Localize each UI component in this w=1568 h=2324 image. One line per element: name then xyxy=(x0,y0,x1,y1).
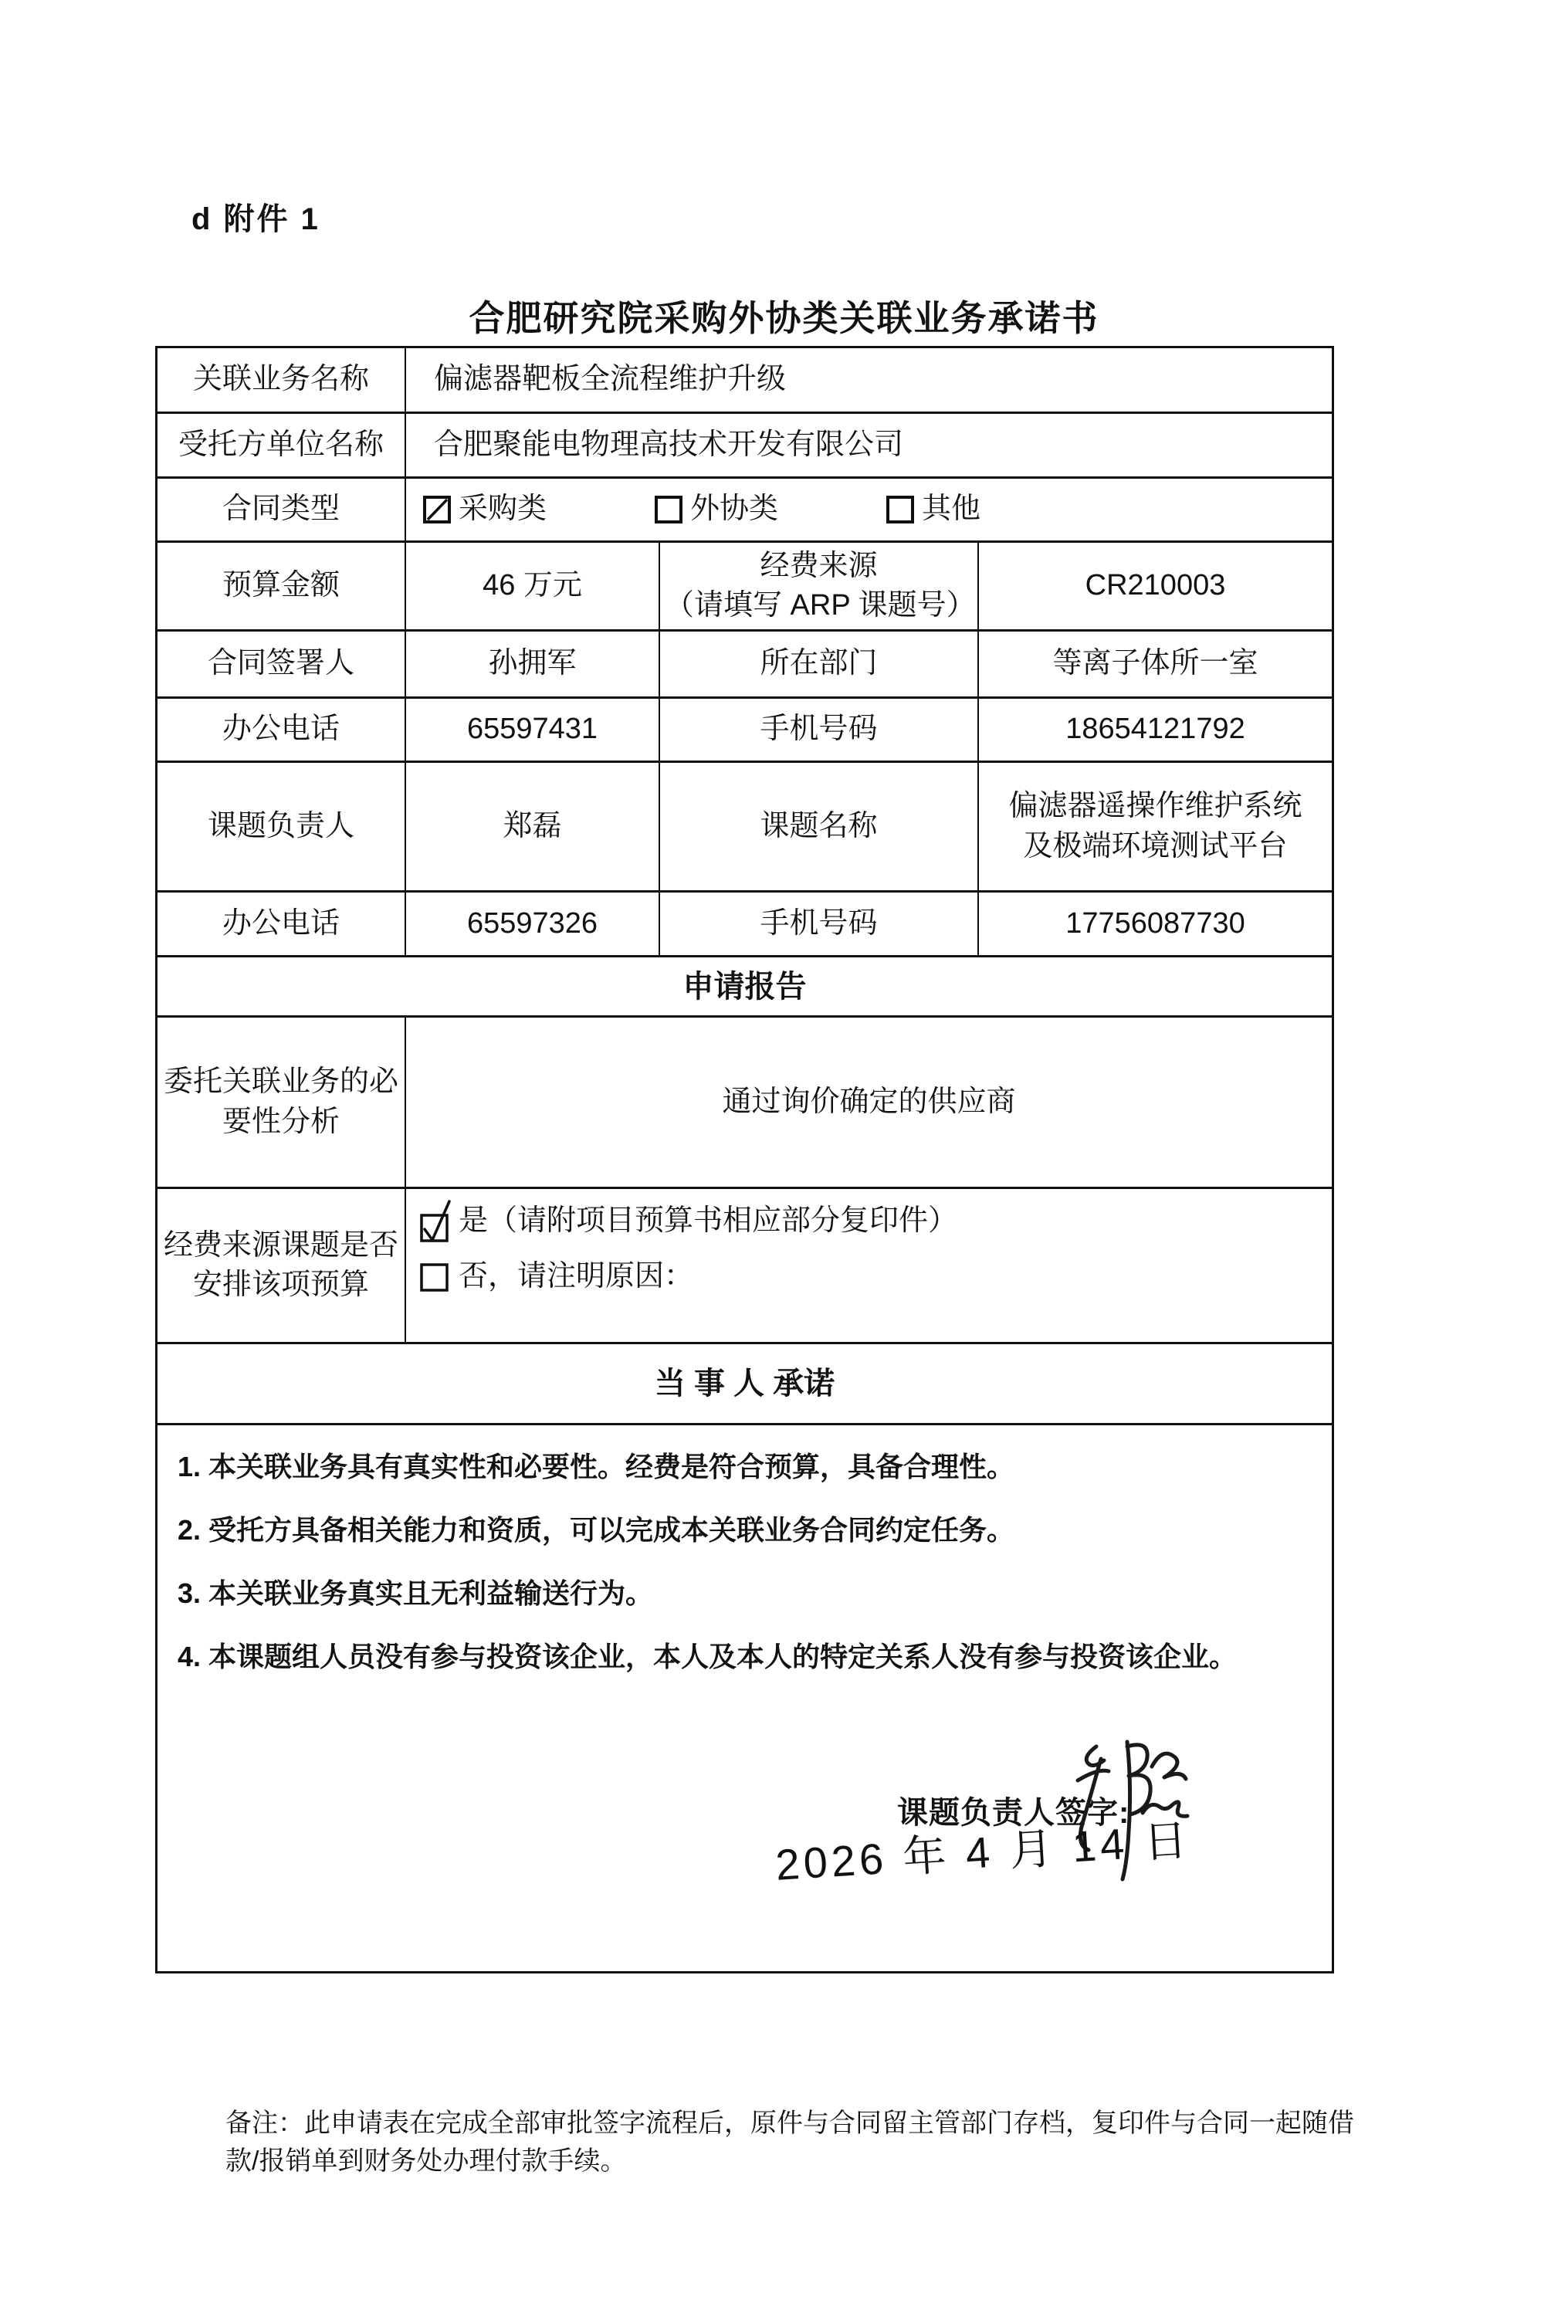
document-page: d 附件 1 合肥研究院采购外协类关联业务承诺书 关联业务名称 偏滤器靶板全流程… xyxy=(0,0,1568,2324)
row-necessity: 委托关联业务的必要性分析 通过询价确定的供应商 xyxy=(157,1018,1332,1189)
option-outsource: 外协类 xyxy=(653,490,778,529)
mobile-1-value: 18654121792 xyxy=(979,699,1332,761)
budget-label: 预算金额 xyxy=(157,543,406,629)
signer-value: 孙拥军 xyxy=(406,632,660,696)
office-phone-1-value: 65597431 xyxy=(406,699,660,761)
option-purchase: 采购类 xyxy=(422,490,547,529)
necessity-label: 委托关联业务的必要性分析 xyxy=(157,1018,406,1187)
commitment-item-4: 4. 本课题组人员没有参与投资该企业，本人及本人的特定关系人没有参与投资该企业。 xyxy=(178,1641,1309,1672)
funding-source-value: CR210003 xyxy=(979,543,1332,629)
commitment-header: 当 事 人 承诺 xyxy=(157,1344,1332,1423)
necessity-value: 通过询价确定的供应商 xyxy=(406,1018,1332,1187)
row-phone-2: 办公电话 65597326 手机号码 17756087730 xyxy=(157,893,1332,957)
trustee-unit-value: 合肥聚能电物理高技术开发有限公司 xyxy=(406,414,1332,476)
footer-note: 备注：此申请表在完成全部审批签字流程后，原件与合同留主管部门存档，复印件与合同一… xyxy=(225,2105,1387,2180)
commitment-item-3: 3. 本关联业务真实且无利益输送行为。 xyxy=(178,1578,1309,1609)
related-business-value: 偏滤器靶板全流程维护升级 xyxy=(406,348,1332,412)
row-contract-type: 合同类型 采购类 外协类 xyxy=(157,479,1332,543)
budget-arranged-label: 经费来源课题是否安排该项预算 xyxy=(157,1189,406,1342)
row-leader: 课题负责人 郑磊 课题名称 偏滤器遥操作维护系统及极端环境测试平台 xyxy=(157,763,1332,893)
budget-arranged-no-label: 否，请注明原因： xyxy=(459,1257,693,1296)
checkbox-empty-icon xyxy=(418,1260,454,1294)
row-signer: 合同签署人 孙拥军 所在部门 等离子体所一室 xyxy=(157,632,1332,699)
row-report-header: 申请报告 xyxy=(157,957,1332,1018)
related-business-label: 关联业务名称 xyxy=(157,348,406,412)
budget-arranged-no: 否，请注明原因： xyxy=(418,1257,693,1296)
row-commitment-header: 当 事 人 承诺 xyxy=(157,1344,1332,1425)
option-purchase-label: 采购类 xyxy=(459,490,547,529)
form-table: 关联业务名称 偏滤器靶板全流程维护升级 受托方单位名称 合肥聚能电物理高技术开发… xyxy=(155,346,1334,1973)
budget-arranged-yes-label: 是（请附项目预算书相应部分复印件） xyxy=(459,1201,957,1241)
office-phone-2-label: 办公电话 xyxy=(157,893,406,955)
leader-value: 郑磊 xyxy=(406,763,660,890)
signer-label: 合同签署人 xyxy=(157,632,406,696)
mobile-1-label: 手机号码 xyxy=(660,699,979,761)
contract-type-label: 合同类型 xyxy=(157,479,406,540)
budget-arranged-yes: 是（请附项目预算书相应部分复印件） xyxy=(418,1198,957,1245)
option-other: 其他 xyxy=(885,490,980,529)
attachment-label: d 附件 1 xyxy=(191,195,320,239)
row-budget: 预算金额 46 万元 经费来源 （请填写 ARP 课题号） CR210003 xyxy=(157,543,1332,632)
department-value: 等离子体所一室 xyxy=(979,632,1332,696)
checkbox-checked-icon xyxy=(422,494,452,525)
trustee-unit-label: 受托方单位名称 xyxy=(157,414,406,476)
checkbox-empty-icon xyxy=(653,494,684,525)
funding-source-label: 经费来源 （请填写 ARP 课题号） xyxy=(660,543,979,629)
row-phone-1: 办公电话 65597431 手机号码 18654121792 xyxy=(157,699,1332,763)
report-header: 申请报告 xyxy=(157,957,1332,1015)
commitment-item-1: 1. 本关联业务具有真实性和必要性。经费是符合预算，具备合理性。 xyxy=(178,1452,1309,1482)
row-budget-arranged: 经费来源课题是否安排该项预算 是（请附项目预算书相应部分复印件） 否，请注明原因… xyxy=(157,1189,1332,1344)
mobile-2-label: 手机号码 xyxy=(660,893,979,955)
leader-label: 课题负责人 xyxy=(157,763,406,890)
department-label: 所在部门 xyxy=(660,632,979,696)
mobile-2-value: 17756087730 xyxy=(979,893,1332,955)
option-outsource-label: 外协类 xyxy=(690,490,778,529)
commitment-item-2: 2. 受托方具备相关能力和资质，可以完成本关联业务合同约定任务。 xyxy=(178,1515,1309,1546)
budget-arranged-options: 是（请附项目预算书相应部分复印件） 否，请注明原因： xyxy=(406,1189,1332,1342)
page-title: 合肥研究院采购外协类关联业务承诺书 xyxy=(0,290,1568,341)
row-trustee-unit: 受托方单位名称 合肥聚能电物理高技术开发有限公司 xyxy=(157,414,1332,479)
project-name-value: 偏滤器遥操作维护系统及极端环境测试平台 xyxy=(979,763,1332,890)
office-phone-2-value: 65597326 xyxy=(406,893,660,955)
row-related-business: 关联业务名称 偏滤器靶板全流程维护升级 xyxy=(157,348,1332,414)
project-name-label: 课题名称 xyxy=(660,763,979,890)
office-phone-1-label: 办公电话 xyxy=(157,699,406,761)
contract-type-options: 采购类 外协类 其他 xyxy=(406,479,1332,540)
budget-value: 46 万元 xyxy=(406,543,660,629)
checkbox-checked-icon xyxy=(418,1198,454,1245)
checkbox-empty-icon xyxy=(885,494,916,525)
option-other-label: 其他 xyxy=(922,490,980,529)
